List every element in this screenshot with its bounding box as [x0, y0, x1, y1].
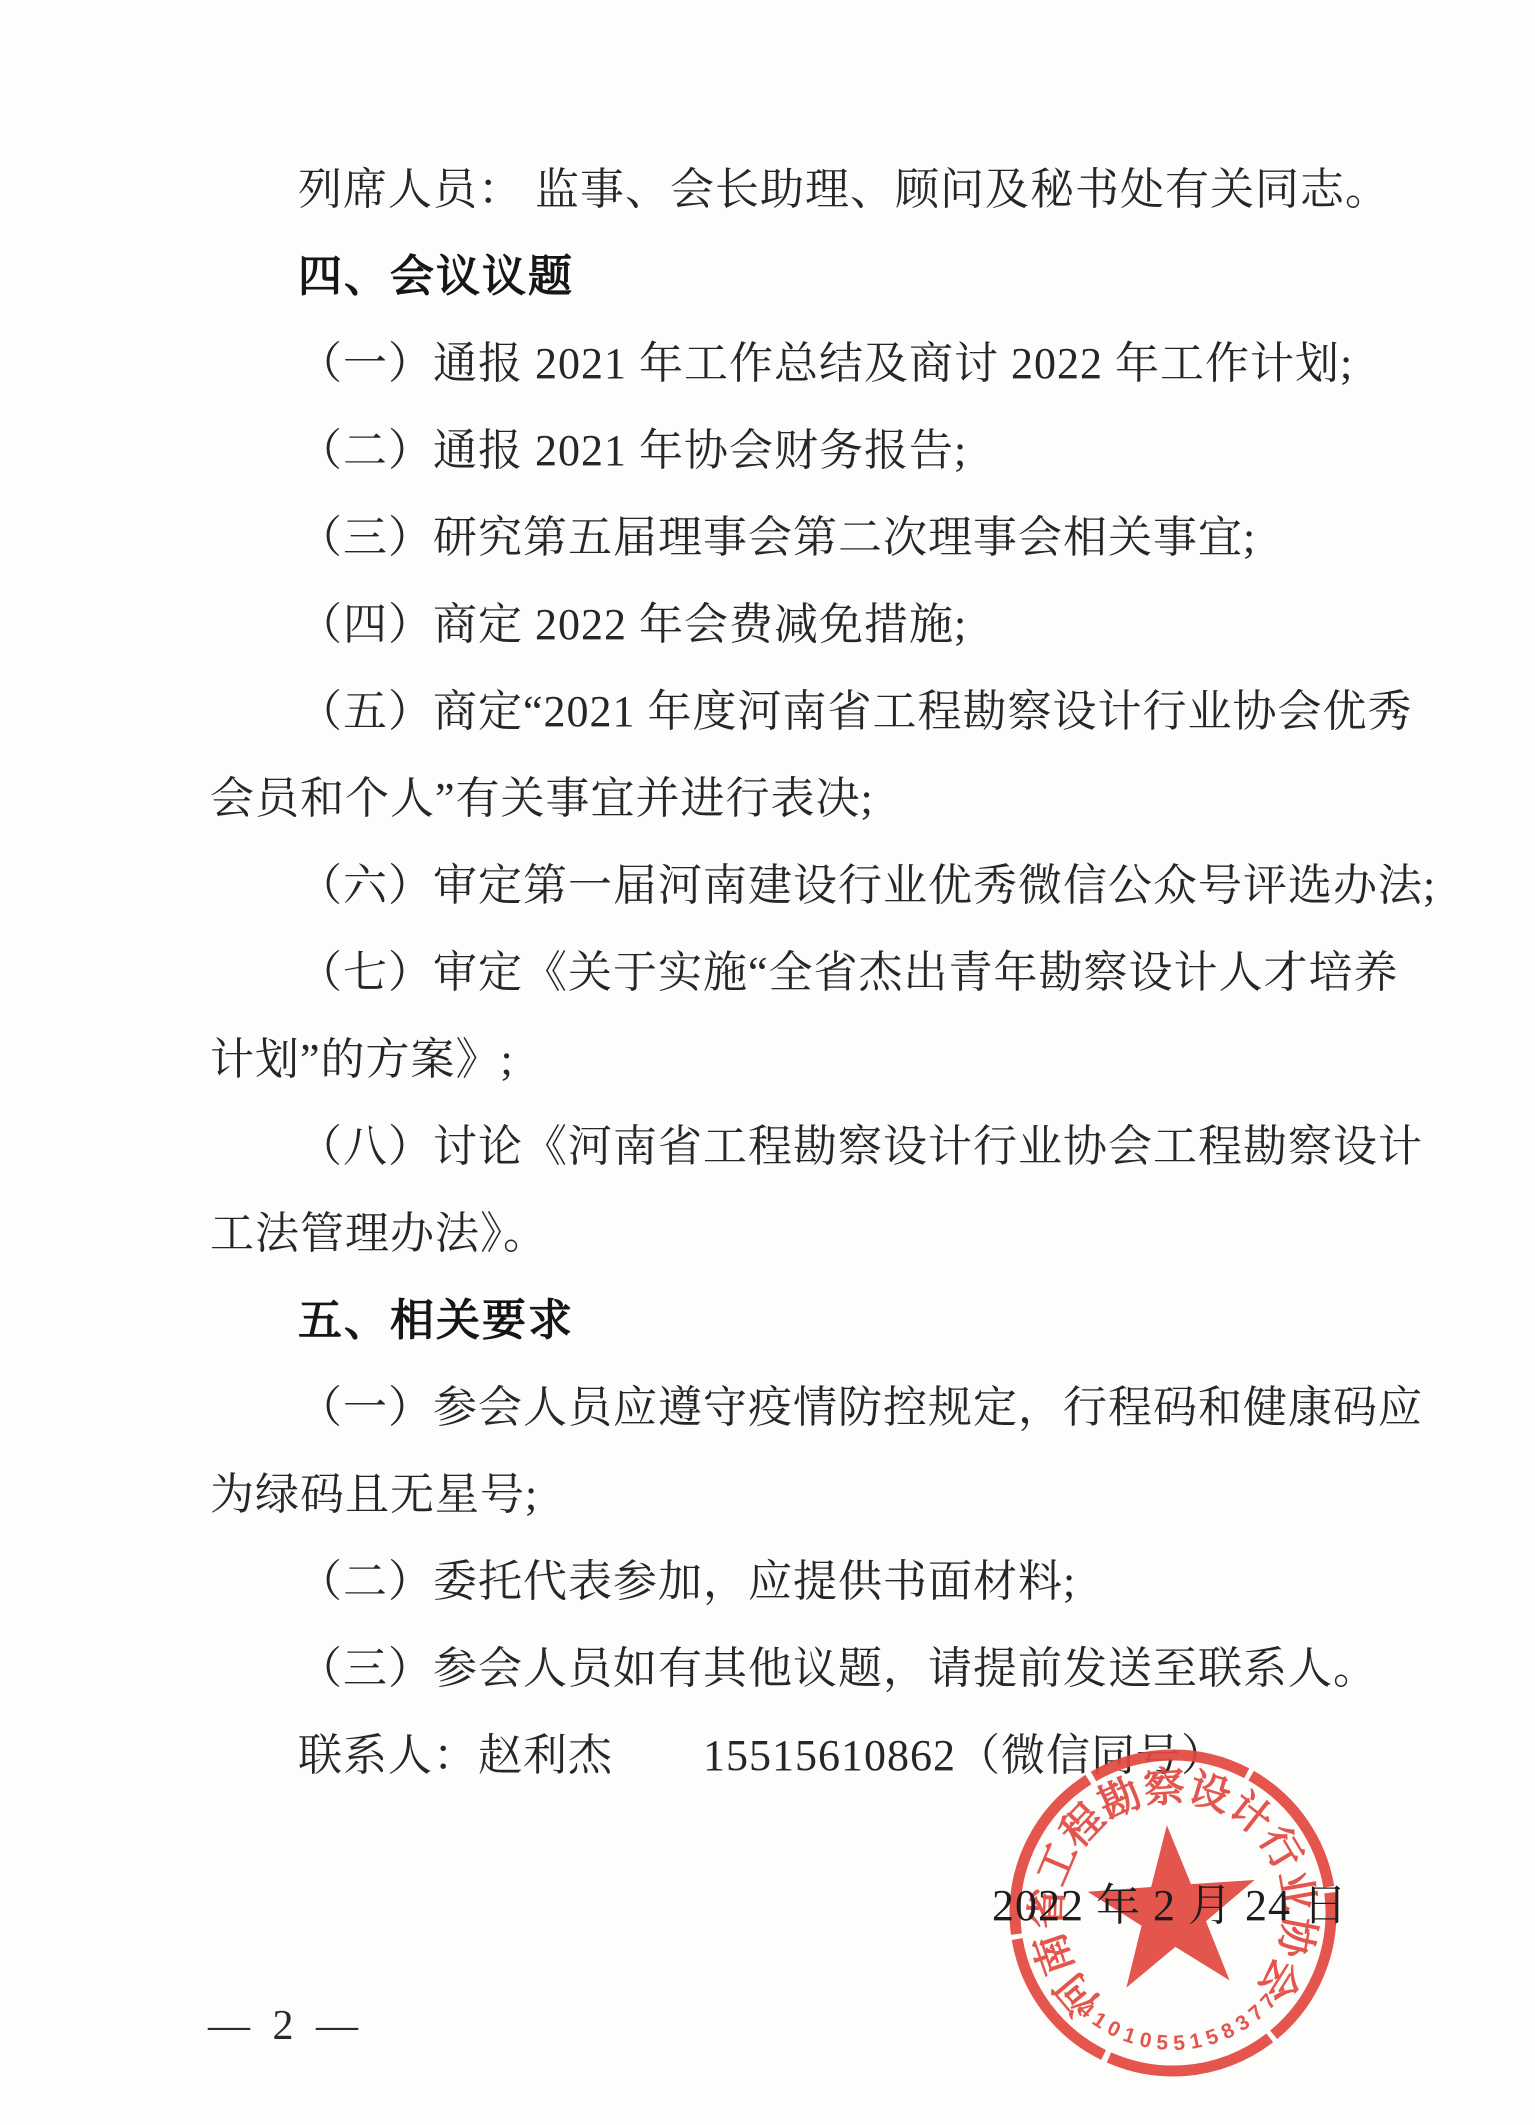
doc-line-topic-1: （一）通报 2021 年工作总结及商讨 2022 年工作计划; — [210, 320, 1385, 407]
doc-line-topic-5b: 会员和个人”有关事宜并进行表决; — [210, 755, 1385, 842]
doc-line-topic-3: （三）研究第五届理事会第二次理事会相关事宜; — [210, 494, 1385, 581]
doc-line-topic-2: （二）通报 2021 年协会财务报告; — [210, 407, 1385, 494]
doc-line-topic-4: （四）商定 2022 年会费减免措施; — [210, 581, 1385, 668]
doc-line-req-3: （三）参会人员如有其他议题，请提前发送至联系人。 — [210, 1625, 1385, 1712]
page-number-footer: — 2 — — [208, 2002, 364, 2050]
doc-line-topic-8b: 工法管理办法》。 — [210, 1190, 1385, 1277]
doc-line-topic-8: （八）讨论《河南省工程勘察设计行业协会工程勘察设计 — [210, 1103, 1385, 1190]
document-date: 2022 年 2 月 24 日 — [992, 1882, 1348, 1930]
doc-line-topic-7: （七）审定《关于实施“全省杰出青年勘察设计人才培养 — [210, 929, 1385, 1016]
document-page: 列席人员： 监事、会长助理、顾问及秘书处有关同志。 四、会议议题 （一）通报 2… — [0, 0, 1535, 2125]
doc-line-req-1: （一）参会人员应遵守疫情防控规定，行程码和健康码应 — [210, 1364, 1385, 1451]
doc-line-req-2: （二）委托代表参加，应提供书面材料; — [210, 1538, 1385, 1625]
doc-line-attendees: 列席人员： 监事、会长助理、顾问及秘书处有关同志。 — [210, 146, 1385, 233]
document-body: 列席人员： 监事、会长助理、顾问及秘书处有关同志。 四、会议议题 （一）通报 2… — [210, 146, 1385, 1799]
section-heading-5: 五、相关要求 — [210, 1277, 1385, 1364]
doc-line-req-1b: 为绿码且无星号; — [210, 1451, 1385, 1538]
doc-line-topic-7b: 计划”的方案》; — [210, 1016, 1385, 1103]
section-heading-4: 四、会议议题 — [210, 233, 1385, 320]
doc-line-topic-5: （五）商定“2021 年度河南省工程勘察设计行业协会优秀 — [210, 668, 1385, 755]
doc-line-topic-6: （六）审定第一届河南建设行业优秀微信公众号评选办法; — [210, 842, 1385, 929]
